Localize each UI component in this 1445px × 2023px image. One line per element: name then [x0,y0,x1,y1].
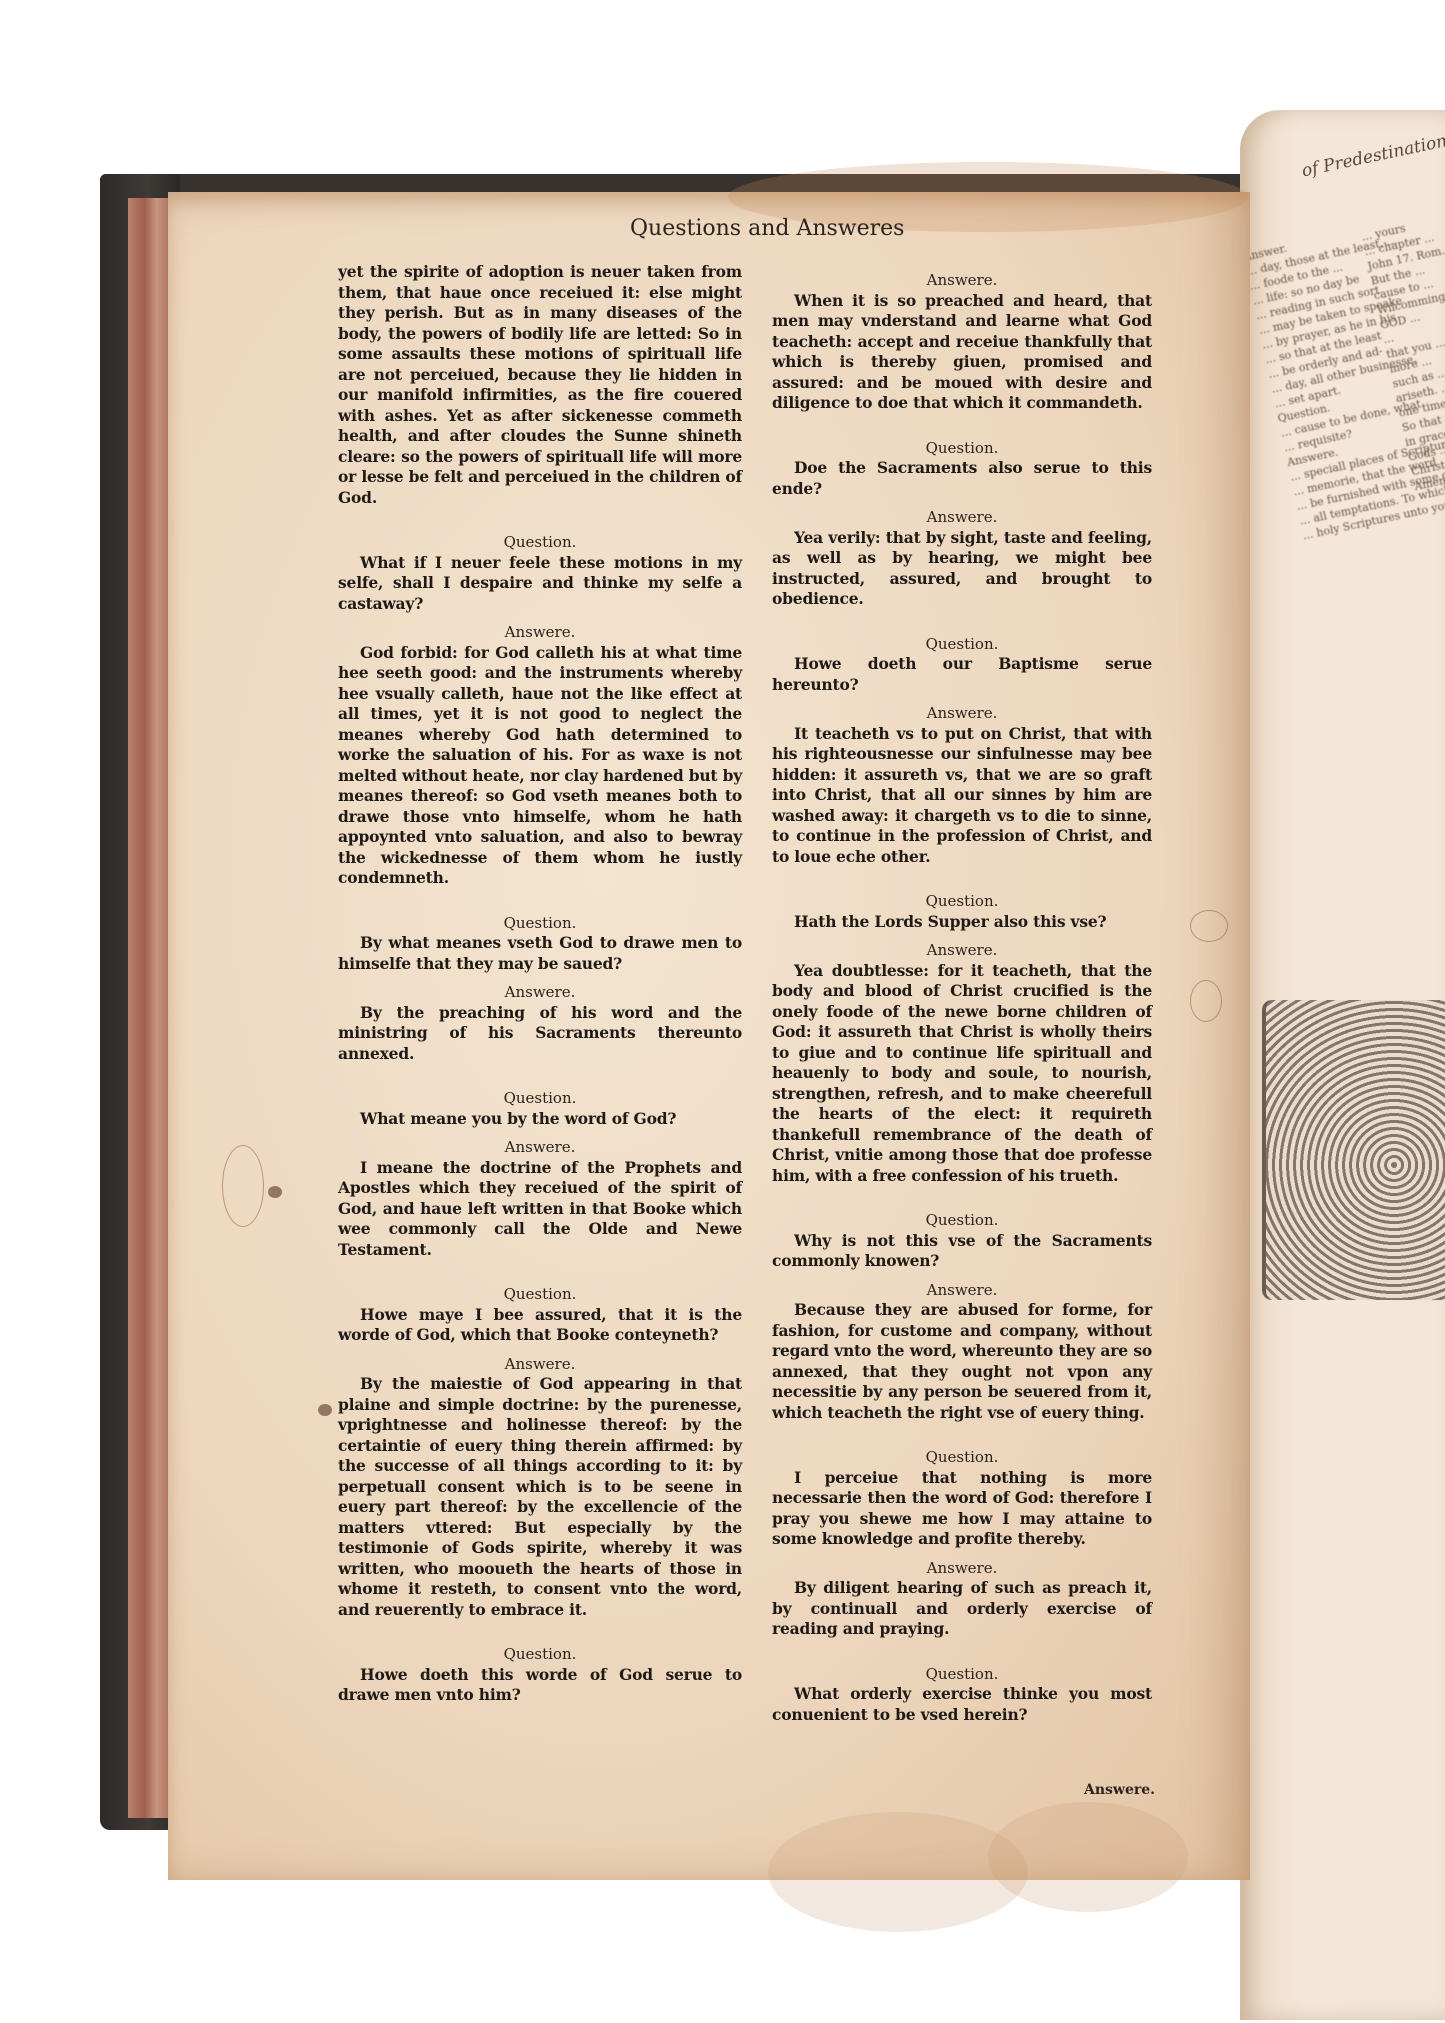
answer-text: God forbid: for God calleth his at what … [338,643,742,889]
question-text: What if I neuer feele these motions in m… [338,553,742,615]
answer-text: Yea verily: that by sight, taste and fee… [772,528,1152,610]
question-text: What meane you by the word of God? [338,1109,742,1130]
pencil-annotation [222,1145,264,1227]
answer-label: Answere. [772,270,1152,291]
answer-text: Because they are abused for forme, for f… [772,1300,1152,1423]
answer-label: Answere. [772,703,1152,724]
ink-blot [318,1404,332,1416]
answer-text: By the maiestie of God appearing in that… [338,1374,742,1620]
question-label: Question. [772,438,1152,459]
answer-text: I meane the doctrine of the Prophets and… [338,1158,742,1261]
answer-text: It teacheth vs to put on Christ, that wi… [772,724,1152,868]
water-stain [768,1812,1028,1932]
water-stain [988,1802,1188,1912]
answer-label: Answere. [338,622,742,643]
pencil-annotation [1190,980,1222,1022]
woodcut-ornament-illustration [1262,1000,1445,1300]
answer-label: Answere. [772,1280,1152,1301]
question-text: Howe doeth this worde of God serue to dr… [338,1665,742,1706]
text-column-left: yet the spirite of adoption is neuer tak… [338,262,742,1706]
question-text: What orderly exercise thinke you most co… [772,1684,1152,1725]
running-head: Questions and Answeres [630,216,904,241]
answer-text: By diligent hearing of such as preach it… [772,1578,1152,1640]
question-text: Howe maye I bee assured, that it is the … [338,1305,742,1346]
question-text: Why is not this vse of the Sacraments co… [772,1231,1152,1272]
answer-text: yet the spirite of adoption is neuer tak… [338,262,742,508]
question-text: Doe the Sacraments also serue to this en… [772,458,1152,499]
question-label: Question. [338,1284,742,1305]
answer-text: When it is so preached and heard, that m… [772,291,1152,414]
answer-label: Answere. [772,507,1152,528]
question-text: I perceiue that nothing is more necessar… [772,1468,1152,1550]
answer-label: Answere. [338,1354,742,1375]
question-label: Question. [338,913,742,934]
answer-label: Answere. [338,1137,742,1158]
question-label: Question. [772,891,1152,912]
answer-text: Yea doubtlesse: for it teacheth, that th… [772,961,1152,1187]
question-label: Question. [772,1210,1152,1231]
question-label: Question. [772,634,1152,655]
answer-label: Answere. [338,982,742,1003]
facing-page-running-head: of Predestination, &c. [1300,123,1445,182]
question-label: Question. [772,1664,1152,1685]
catchword: Answere. [1084,1782,1155,1798]
question-label: Question. [772,1447,1152,1468]
answer-label: Answere. [772,1558,1152,1579]
ink-blot [268,1186,282,1198]
question-text: Howe doeth our Baptisme serue hereunto? [772,654,1152,695]
question-label: Question. [338,1644,742,1665]
question-label: Question. [338,1088,742,1109]
question-label: Question. [338,532,742,553]
answer-label: Answere. [772,940,1152,961]
answer-text: By the preaching of his word and the min… [338,1003,742,1065]
question-text: By what meanes vseth God to drawe men to… [338,933,742,974]
pencil-annotation [1190,910,1228,942]
text-column-right: Answere.When it is so preached and heard… [772,262,1152,1725]
question-text: Hath the Lords Supper also this vse? [772,912,1152,933]
